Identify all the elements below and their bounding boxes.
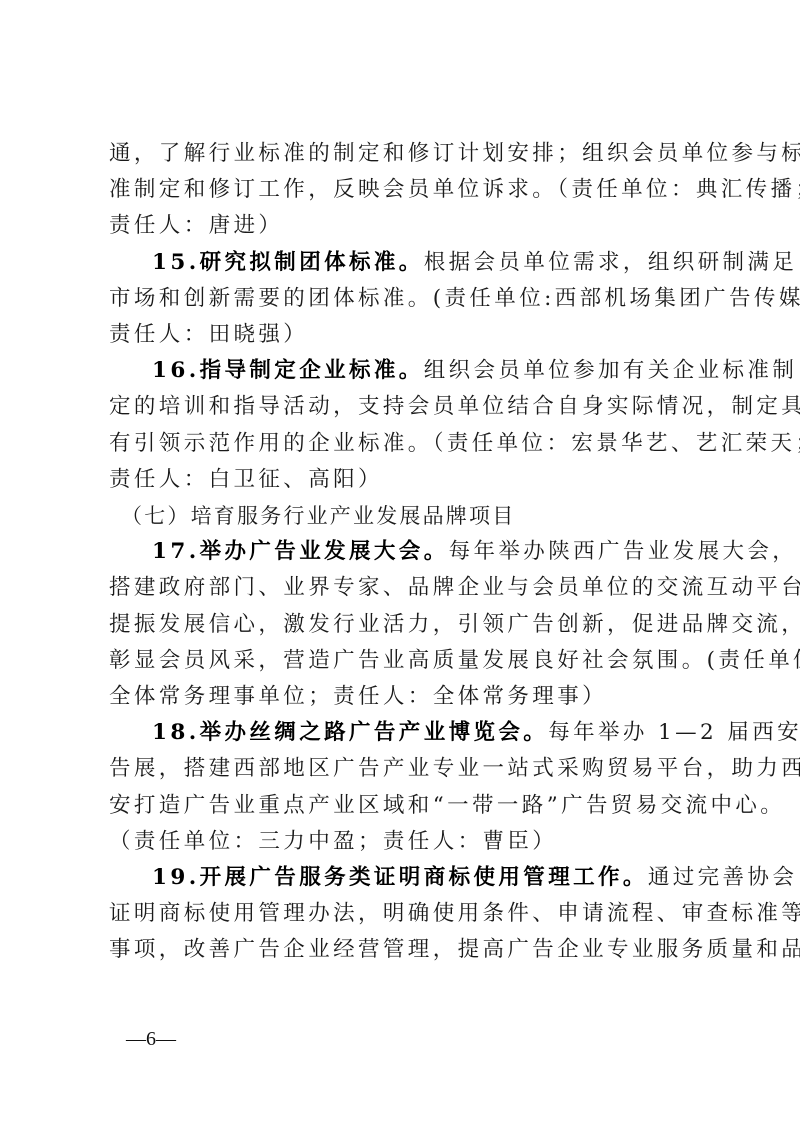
item-text: 组织会员单位参加有关企业标准制	[424, 358, 798, 383]
text-line: （责任单位：三力中盈；责任人：曹臣）	[109, 824, 699, 860]
text-line: 责任人：白卫征、高阳）	[109, 462, 699, 498]
paragraph-item-19: 19.开展广告服务类证明商标使用管理工作。通过完善协会 证明商标使用管理办法，明…	[109, 860, 699, 969]
text-line: 通，了解行业标准的制定和修订计划安排；组织会员单位参与标	[109, 136, 699, 172]
text-line: 安打造广告业重点产业区域和“一带一路”广告贸易交流中心。	[109, 788, 699, 824]
text-line: 18.举办丝绸之路广告产业博览会。每年举办 1—2 届西安广	[109, 715, 699, 751]
paragraph-item-18: 18.举办丝绸之路广告产业博览会。每年举办 1—2 届西安广 告展，搭建西部地区…	[109, 715, 699, 860]
item-text: 每年举办 1—2 届西安广	[548, 720, 800, 745]
text-line: 17.举办广告业发展大会。每年举办陕西广告业发展大会，	[109, 534, 699, 570]
paragraph-item-17: 17.举办广告业发展大会。每年举办陕西广告业发展大会， 搭建政府部门、业界专家、…	[109, 534, 699, 715]
text-line: 定的培训和指导活动，支持会员单位结合自身实际情况，制定具	[109, 389, 699, 425]
item-heading: 18.举办丝绸之路广告产业博览会。	[152, 720, 548, 745]
item-text: 通过完善协会	[648, 865, 797, 890]
text-line: 证明商标使用管理办法，明确使用条件、申请流程、审查标准等	[109, 896, 699, 932]
text-line: 责任人：唐进）	[109, 208, 699, 244]
text-line: 市场和创新需要的团体标准。(责任单位:西部机场集团广告传媒;	[109, 281, 699, 317]
text-line: 全体常务理事单位；责任人：全体常务理事）	[109, 679, 699, 715]
text-line: 16.指导制定企业标准。组织会员单位参加有关企业标准制	[109, 353, 699, 389]
text-line: 有引领示范作用的企业标准。（责任单位：宏景华艺、艺汇荣天；	[109, 426, 699, 462]
text-line: 事项，改善广告企业经营管理，提高广告企业专业服务质量和品	[109, 932, 699, 968]
text-line: 责任人：田晓强）	[109, 317, 699, 353]
item-text: 根据会员单位需求，组织研制满足	[424, 250, 798, 275]
item-heading: 17.举办广告业发展大会。	[152, 539, 449, 564]
document-page-body: 通，了解行业标准的制定和修订计划安排；组织会员单位参与标 准制定和修订工作，反映…	[109, 136, 699, 969]
page-number: —6—	[126, 1028, 176, 1051]
item-heading: 16.指导制定企业标准。	[152, 358, 424, 383]
paragraph-item-15: 15.研究拟制团体标准。根据会员单位需求，组织研制满足 市场和创新需要的团体标准…	[109, 245, 699, 354]
text-line: 告展，搭建西部地区广告产业专业一站式采购贸易平台，助力西	[109, 751, 699, 787]
text-line: 准制定和修订工作，反映会员单位诉求。（责任单位：典汇传播；	[109, 172, 699, 208]
item-heading: 15.研究拟制团体标准。	[152, 250, 424, 275]
paragraph-item-16: 16.指导制定企业标准。组织会员单位参加有关企业标准制 定的培训和指导活动，支持…	[109, 353, 699, 498]
section-heading: （七）培育服务行业产业发展品牌项目	[109, 498, 699, 534]
text-line: 彰显会员风采，营造广告业高质量发展良好社会氛围。(责任单位:	[109, 643, 699, 679]
text-line: 15.研究拟制团体标准。根据会员单位需求，组织研制满足	[109, 245, 699, 281]
item-heading: 19.开展广告服务类证明商标使用管理工作。	[152, 865, 648, 890]
text-line: 19.开展广告服务类证明商标使用管理工作。通过完善协会	[109, 860, 699, 896]
text-line: 搭建政府部门、业界专家、品牌企业与会员单位的交流互动平台，	[109, 570, 699, 606]
paragraph-item-14-continuation: 通，了解行业标准的制定和修订计划安排；组织会员单位参与标 准制定和修订工作，反映…	[109, 136, 699, 245]
text-line: 提振发展信心，激发行业活力，引领广告创新，促进品牌交流，	[109, 607, 699, 643]
item-text: 每年举办陕西广告业发展大会，	[449, 539, 798, 564]
